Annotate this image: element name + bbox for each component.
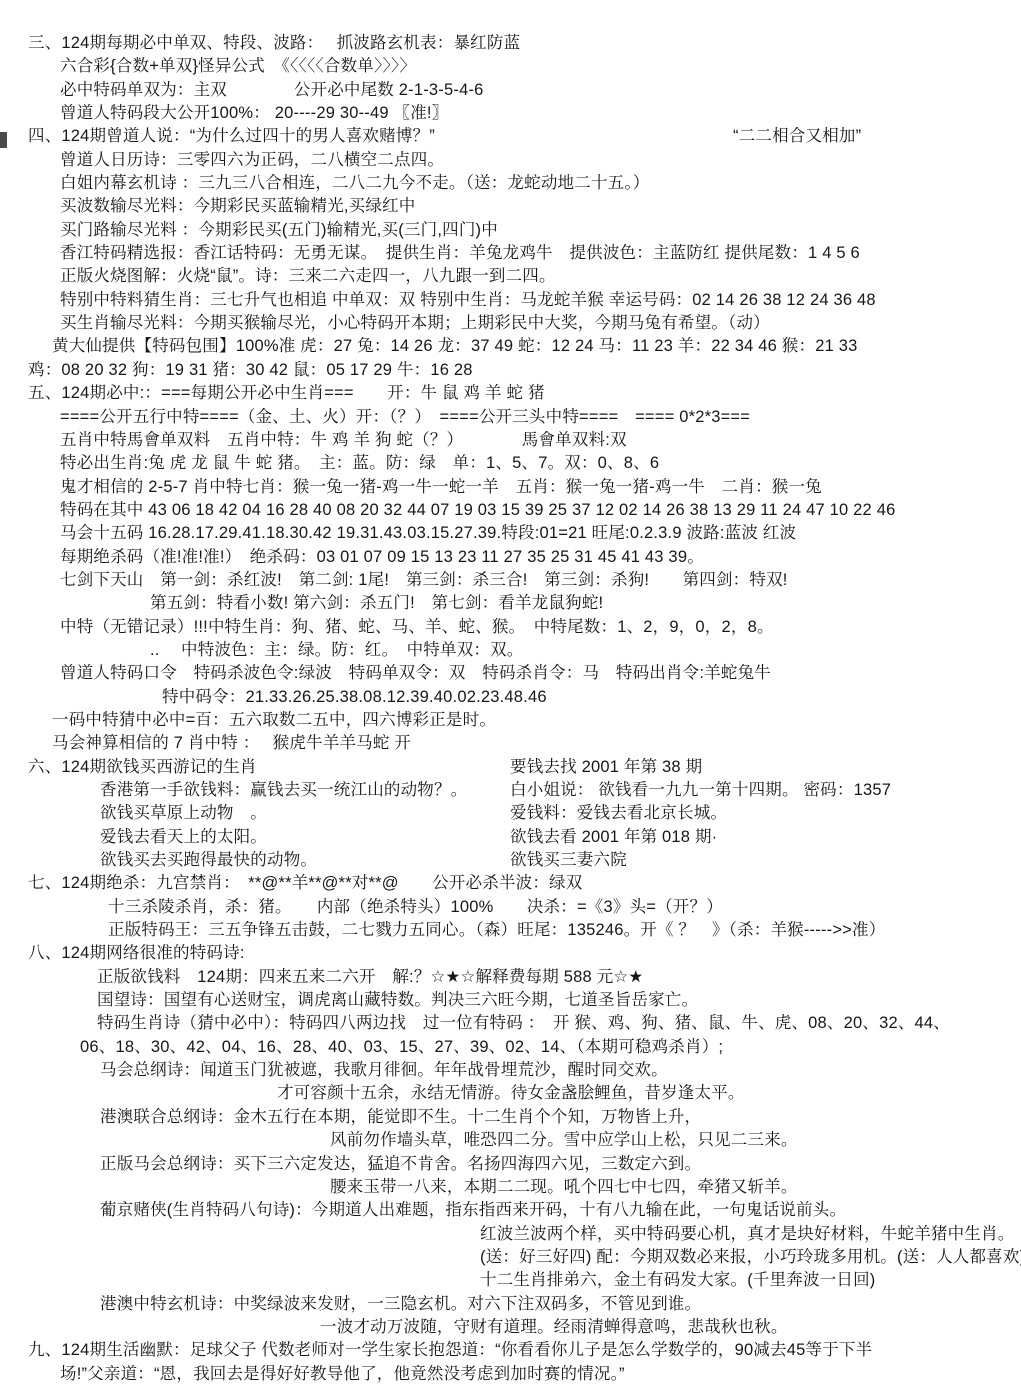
text-line: 必中特码单双为：主双 公开必中尾数 2-1-3-5-4-6 xyxy=(0,79,1021,102)
text-line: 鸡：08 20 32 狗：19 31 猪：30 42 鼠：05 17 29 牛：… xyxy=(0,359,1021,382)
text-line: 五、124期必中:：===每期公开必中生肖=== 开：牛 鼠 鸡 羊 蛇 猪 xyxy=(0,382,1021,405)
text-line: 一波才动万波随，守财有道理。经雨清蝉得意鸣，悲哉秋也秋。 xyxy=(0,1316,1021,1339)
text-line: 曾道人特码口令 特码杀波色令:绿波 特码单双令：双 特码杀肖令：马 特码出肖令:… xyxy=(0,662,1021,685)
line-text: 买门路输尽光料 ：今期彩民买(五门)输精光,买(三门,四门)中 xyxy=(0,219,498,242)
text-line: 爱钱去看天上的太阳。欲钱去看 2001 年第 018 期· xyxy=(0,826,1021,849)
text-line: 才可容颜十五余，永结无情游。待女金盏脍鲤鱼，昔岁逢太平。 xyxy=(0,1082,1021,1105)
line-text: 葡京赌侠(生肖特码八句诗)：今期道人出难题，指东指西来开码，十有八九输在此，一句… xyxy=(0,1199,846,1222)
text-line: 黄大仙提供【特码包围】100%准 虎：27 兔：14 26 龙：37 49 蛇：… xyxy=(0,335,1021,358)
text-line: 正版马会总纲诗：买下三六定发达，猛追不肯舍。名扬四海四六见，三数定六到。 xyxy=(0,1153,1021,1176)
line-text: 正版欲钱料 124期：四来五来二六开 解:？☆★☆解释费每期 588 元☆★ xyxy=(0,966,643,989)
line-text: 正版马会总纲诗：买下三六定发达，猛追不肯舍。名扬四海四六见，三数定六到。 xyxy=(0,1153,701,1176)
text-line: 葡京赌侠(生肖特码八句诗)：今期道人出难题，指东指西来开码，十有八九输在此，一句… xyxy=(0,1199,1021,1222)
line-text: 每期绝杀码（准!准!准!） 绝杀码：03 01 07 09 15 13 23 1… xyxy=(0,546,704,569)
line-text: 三、124期每期必中单双、特段、波路： 抓波路玄机表：暴红防蓝 xyxy=(0,32,520,55)
text-line: ====公开五行中特====（金、土、火）开：（？） ====公开三头中特===… xyxy=(0,406,1021,429)
line-text: 场!”父亲道：“恩，我回去是得好好教导他了，他竟然没考虑到加时赛的情况。” xyxy=(0,1363,625,1386)
line-text: 正版火烧图解：火烧“鼠”。诗：三来二六走四一，八九跟一到二四。 xyxy=(0,265,556,288)
text-line: 红波兰波两个样，买中特码要心机，真才是块好材料，牛蛇羊猪中生肖。 xyxy=(0,1223,1021,1246)
line-text: 一码中特猜中必中=百：五六取数二五中，四六博彩正是时。 xyxy=(0,709,496,732)
text-line: 马会总纲诗：闻道玉门犹被遮，我歌月徘徊。年年战骨埋荒沙，醒时同交欢。 xyxy=(0,1059,1021,1082)
text-line: 白姐内幕玄机诗 ：三九三八合相连，二八二九今不走。（送：龙蛇动地二十五。） xyxy=(0,172,1021,195)
line-text: 买波数输尽光料：今期彩民买蓝输精光,买绿红中 xyxy=(0,195,415,218)
line-text-col2: 白小姐说： 欲钱看一九九一第十四期。 密码：1357 xyxy=(510,779,891,802)
line-text: 正版特码王：三五争锋五击鼓，二七戮力五同心。（森）旺尾：135246。开《 ？ … xyxy=(0,919,885,942)
document-body: 三、124期每期必中单双、特段、波路： 抓波路玄机表：暴红防蓝六合彩{合数+单双… xyxy=(0,0,1021,1386)
line-text: 七剑下天山 第一剑：杀红波! 第二剑: 1尾! 第三剑：杀三合! 第三剑：杀狗!… xyxy=(0,569,788,592)
text-line: 十三杀陵杀肖，杀：猪。 内部（绝杀特头）100% 决杀：=《3》头=（开？） xyxy=(0,896,1021,919)
text-line: 06、18、30、42、04、16、28、40、03、15、27、39、02、1… xyxy=(0,1036,1021,1059)
line-text: 马会神算相信的 7 肖中特 ： 猴虎牛羊羊马蛇 开 xyxy=(0,732,411,755)
line-text: 爱钱去看天上的太阳。 xyxy=(0,826,267,849)
line-text: 特中码令：21.33.26.25.38.08.12.39.40.02.23.48… xyxy=(0,686,547,709)
line-text: 港澳中特玄机诗：中奖绿波来发财，一三隐玄机。对六下注双码多，不管见到谁。 xyxy=(0,1293,701,1316)
text-line: 马会十五码 16.28.17.29.41.18.30.42 19.31.43.0… xyxy=(0,522,1021,545)
line-text: 买生肖输尽光料：今期买猴输尽光，小心特码开本期；上期彩民中大奖，今期马兔有希望。… xyxy=(0,312,770,335)
text-line: 一码中特猜中必中=百：五六取数二五中，四六博彩正是时。 xyxy=(0,709,1021,732)
line-text: 特码在其中 43 06 18 42 04 16 28 40 08 20 32 4… xyxy=(0,499,895,522)
text-line: 特中码令：21.33.26.25.38.08.12.39.40.02.23.48… xyxy=(0,686,1021,709)
text-line: 曾道人特码段大公开100%： 20----29 30--49 〖准!〗 xyxy=(0,102,1021,125)
line-text: 六合彩{合数+单双}怪异公式 《〈〈〈〈合数单〉〉〉〉 xyxy=(0,55,416,78)
text-line: 正版欲钱料 124期：四来五来二六开 解:？☆★☆解释费每期 588 元☆★ xyxy=(0,966,1021,989)
line-text: 红波兰波两个样，买中特码要心机，真才是块好材料，牛蛇羊猪中生肖。 xyxy=(0,1223,1014,1246)
text-line: 国望诗：国望有心送财宝，调虎离山藏特数。判决三六旺今期，七道圣旨岳家亡。 xyxy=(0,989,1021,1012)
line-text-col2: 爱钱料：爱钱去看北京长城。 xyxy=(510,802,727,825)
line-text: 国望诗：国望有心送财宝，调虎离山藏特数。判决三六旺今期，七道圣旨岳家亡。 xyxy=(0,989,698,1012)
line-text: 港澳联合总纲诗：金木五行在本期，能觉即不生。十二生肖个个知，万物皆上升， xyxy=(0,1106,701,1129)
text-line: 场!”父亲道：“恩，我回去是得好好教导他了，他竟然没考虑到加时赛的情况。” xyxy=(0,1363,1021,1386)
text-line: 港澳中特玄机诗：中奖绿波来发财，一三隐玄机。对六下注双码多，不管见到谁。 xyxy=(0,1293,1021,1316)
line-text: ====公开五行中特====（金、土、火）开：（？） ====公开三头中特===… xyxy=(0,406,750,429)
text-line: 香港第一手欲钱料：赢钱去买一统江山的动物？。白小姐说： 欲钱看一九九一第十四期。… xyxy=(0,779,1021,802)
text-line: 香江特码精选报：香江话特码：无勇无谋。 提供生肖：羊兔龙鸡牛 提供波色：主蓝防红… xyxy=(0,242,1021,265)
line-text: 鸡：08 20 32 狗：19 31 猪：30 42 鼠：05 17 29 牛：… xyxy=(0,359,473,382)
line-text: 香港第一手欲钱料：赢钱去买一统江山的动物？。 xyxy=(0,779,467,802)
text-line: 八、124期网络很准的特码诗: xyxy=(0,942,1021,965)
line-text: 白姐内幕玄机诗 ：三九三八合相连，二八二九今不走。（送：龙蛇动地二十五。） xyxy=(0,172,649,195)
text-line: 正版火烧图解：火烧“鼠”。诗：三来二六走四一，八九跟一到二四。 xyxy=(0,265,1021,288)
line-text: (送：好三好四) 配：今期双数必来报，小巧玲珑多用机。(送：人人都喜欢) xyxy=(0,1246,1021,1269)
text-line: 特必出生肖:兔 虎 龙 鼠 牛 蛇 猪。 主：蓝。防：绿 单：1、5、7。双：0… xyxy=(0,452,1021,475)
line-text: 鬼才相信的 2-5-7 肖中特七肖：猴一兔一猪-鸡一牛一蛇一羊 五肖：猴一兔一猪… xyxy=(0,476,822,499)
text-line: 欲钱买草原上动物 。爱钱料：爱钱去看北京长城。 xyxy=(0,802,1021,825)
line-text: 五肖中特馬會单双料 五肖中特：牛 鸡 羊 狗 蛇（？） 馬會单双料:双 xyxy=(0,429,627,452)
text-line: 五肖中特馬會单双料 五肖中特：牛 鸡 羊 狗 蛇（？） 馬會单双料:双 xyxy=(0,429,1021,452)
line-text: 四、124期曾道人说：“为什么过四十的男人喜欢赌博？” xyxy=(0,125,435,148)
line-text: 特别中特料猜生肖：三七升气也相追 中单双：双 特别中生肖：马龙蛇羊猴 幸运号码：… xyxy=(0,289,876,312)
line-text: 中特（无错记录）!!!中特生肖：狗、猪、蛇、马、羊、蛇、猴。 中特尾数：1、2，… xyxy=(0,616,774,639)
line-text: 必中特码单双为：主双 公开必中尾数 2-1-3-5-4-6 xyxy=(0,79,484,102)
text-line: 正版特码王：三五争锋五击鼓，二七戮力五同心。（森）旺尾：135246。开《 ？ … xyxy=(0,919,1021,942)
text-line: 中特（无错记录）!!!中特生肖：狗、猪、蛇、马、羊、蛇、猴。 中特尾数：1、2，… xyxy=(0,616,1021,639)
line-text: 马会十五码 16.28.17.29.41.18.30.42 19.31.43.0… xyxy=(0,522,796,545)
line-text: 曾道人特码段大公开100%： 20----29 30--49 〖准!〗 xyxy=(0,102,448,125)
line-text: 特必出生肖:兔 虎 龙 鼠 牛 蛇 猪。 主：蓝。防：绿 单：1、5、7。双：0… xyxy=(0,452,659,475)
line-text: 五、124期必中:：===每期公开必中生肖=== 开：牛 鼠 鸡 羊 蛇 猪 xyxy=(0,382,545,405)
text-line: 风前勿作墙头草，唯恐四二分。雪中应学山上松，只见二三来。 xyxy=(0,1129,1021,1152)
line-text: 特码生肖诗（猜中必中）：特码四八两边找 过一位有特码 ： 开 猴、鸡、狗、猪、鼠… xyxy=(0,1012,950,1035)
text-line: 鬼才相信的 2-5-7 肖中特七肖：猴一兔一猪-鸡一牛一蛇一羊 五肖：猴一兔一猪… xyxy=(0,476,1021,499)
text-line: 曾道人日历诗：三零四六为正码，二八横空二点四。 xyxy=(0,149,1021,172)
text-line: 六合彩{合数+单双}怪异公式 《〈〈〈〈合数单〉〉〉〉 xyxy=(0,55,1021,78)
line-text: 06、18、30、42、04、16、28、40、03、15、27、39、02、1… xyxy=(0,1036,723,1059)
text-line: (送：好三好四) 配：今期双数必来报，小巧玲珑多用机。(送：人人都喜欢) xyxy=(0,1246,1021,1269)
text-line: 腰来玉带一八来，本期二二现。吼个四七中七四，牵猪又斩羊。 xyxy=(0,1176,1021,1199)
line-text: 黄大仙提供【特码包围】100%准 虎：27 兔：14 26 龙：37 49 蛇：… xyxy=(0,335,858,358)
line-text-col2: “二二相合又相加” xyxy=(733,125,861,148)
line-text: 欲钱买去买跑得最快的动物。 xyxy=(0,849,317,872)
text-line: 特别中特料猜生肖：三七升气也相追 中单双：双 特别中生肖：马龙蛇羊猴 幸运号码：… xyxy=(0,289,1021,312)
line-text: 欲钱买草原上动物 。 xyxy=(0,802,267,825)
line-text-col2: 欲钱买三妻六院 xyxy=(510,849,627,872)
line-text: 腰来玉带一八来，本期二二现。吼个四七中七四，牵猪又斩羊。 xyxy=(0,1176,798,1199)
text-line: 第五剑：特看小数! 第六剑：杀五门! 第七剑：看羊龙鼠狗蛇! xyxy=(0,592,1021,615)
line-text: 才可容颜十五余，永结无情游。待女金盏脍鲤鱼，昔岁逢太平。 xyxy=(0,1082,745,1105)
text-line: 特码生肖诗（猜中必中）：特码四八两边找 过一位有特码 ： 开 猴、鸡、狗、猪、鼠… xyxy=(0,1012,1021,1035)
text-line: 十二生肖排弟六，金土有码发大家。(千里奔波一日回) xyxy=(0,1269,1021,1292)
line-text: 九、124期生活幽默：足球父子 代数老师对一学生家长抱怨道：“你看看你儿子是怎么… xyxy=(0,1339,872,1362)
line-text-col2: 要钱去找 2001 年第 38 期 xyxy=(510,756,702,779)
line-text: 第五剑：特看小数! 第六剑：杀五门! 第七剑：看羊龙鼠狗蛇! xyxy=(0,592,603,615)
text-line: 马会神算相信的 7 肖中特 ： 猴虎牛羊羊马蛇 开 xyxy=(0,732,1021,755)
line-text-col2: 欲钱去看 2001 年第 018 期· xyxy=(510,826,717,849)
text-line: 买门路输尽光料 ：今期彩民买(五门)输精光,买(三门,四门)中 xyxy=(0,219,1021,242)
line-text: 曾道人特码口令 特码杀波色令:绿波 特码单双令：双 特码杀肖令：马 特码出肖令:… xyxy=(0,662,771,685)
line-text: 十三杀陵杀肖，杀：猪。 内部（绝杀特头）100% 决杀：=《3》头=（开？） xyxy=(0,896,723,919)
text-line: 每期绝杀码（准!准!准!） 绝杀码：03 01 07 09 15 13 23 1… xyxy=(0,546,1021,569)
text-line: 港澳联合总纲诗：金木五行在本期，能觉即不生。十二生肖个个知，万物皆上升， xyxy=(0,1106,1021,1129)
line-text: 曾道人日历诗：三零四六为正码，二八横空二点四。 xyxy=(0,149,444,172)
text-line: 特码在其中 43 06 18 42 04 16 28 40 08 20 32 4… xyxy=(0,499,1021,522)
line-text: 十二生肖排弟六，金土有码发大家。(千里奔波一日回) xyxy=(0,1269,876,1292)
page: 三、124期每期必中单双、特段、波路： 抓波路玄机表：暴红防蓝六合彩{合数+单双… xyxy=(0,0,1021,1388)
line-text: 马会总纲诗：闻道玉门犹被遮，我歌月徘徊。年年战骨埋荒沙，醒时同交欢。 xyxy=(0,1059,668,1082)
text-line: 九、124期生活幽默：足球父子 代数老师对一学生家长抱怨道：“你看看你儿子是怎么… xyxy=(0,1339,1021,1362)
line-text: 八、124期网络很准的特码诗: xyxy=(0,942,245,965)
text-line: 七剑下天山 第一剑：杀红波! 第二剑: 1尾! 第三剑：杀三合! 第三剑：杀狗!… xyxy=(0,569,1021,592)
text-line: 三、124期每期必中单双、特段、波路： 抓波路玄机表：暴红防蓝 xyxy=(0,32,1021,55)
text-line: 欲钱买去买跑得最快的动物。欲钱买三妻六院 xyxy=(0,849,1021,872)
text-line: 六、124期欲钱买西游记的生肖要钱去找 2001 年第 38 期 xyxy=(0,756,1021,779)
line-text: 香江特码精选报：香江话特码：无勇无谋。 提供生肖：羊兔龙鸡牛 提供波色：主蓝防红… xyxy=(0,242,860,265)
text-line: .. 中特波色：主：绿。防：红。 中特单双：双。 xyxy=(0,639,1021,662)
text-line: 买生肖输尽光料：今期买猴输尽光，小心特码开本期；上期彩民中大奖，今期马兔有希望。… xyxy=(0,312,1021,335)
text-line: 七、124期绝杀：九宫禁肖： **@**羊**@**对**@ 公开必杀半波：绿双 xyxy=(0,872,1021,895)
text-line: 四、124期曾道人说：“为什么过四十的男人喜欢赌博？”“二二相合又相加” xyxy=(0,125,1021,148)
line-text: 一波才动万波随，守财有道理。经雨清蝉得意鸣，悲哉秋也秋。 xyxy=(0,1316,788,1339)
line-text: 风前勿作墙头草，唯恐四二分。雪中应学山上松，只见二三来。 xyxy=(0,1129,798,1152)
line-text: .. 中特波色：主：绿。防：红。 中特单双：双。 xyxy=(0,639,524,662)
line-text: 六、124期欲钱买西游记的生肖 xyxy=(0,756,257,779)
line-text: 七、124期绝杀：九宫禁肖： **@**羊**@**对**@ 公开必杀半波：绿双 xyxy=(0,872,582,895)
text-line: 买波数输尽光料：今期彩民买蓝输精光,买绿红中 xyxy=(0,195,1021,218)
